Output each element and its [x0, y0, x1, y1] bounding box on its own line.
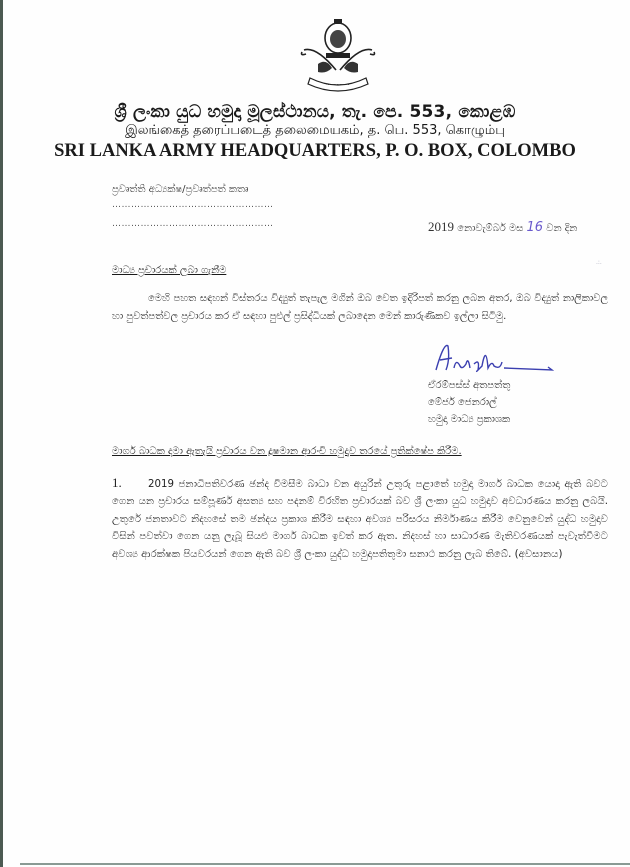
addressee-title: ප්‍රවෘත්ති අධ්‍යක්ෂ/ප්‍රවෘත්පත් කතෘ — [112, 184, 248, 195]
scan-mark: .:. — [596, 259, 602, 266]
section2-text: 2019 ජනාධිපතිවරණ ඡන්ද විමසීම බාධා වන අයු… — [112, 479, 608, 560]
signature-mark — [430, 340, 560, 380]
svg-text:~~~~~~~: ~~~~~~~ — [326, 82, 349, 87]
letterhead-tamil: இலங்கைத் தரைப்படைத் தலைமையகம், த. பெ. 55… — [0, 123, 630, 139]
date-month: නොවැම්බර් මස — [457, 223, 523, 234]
signer-name: ඒරම්පස්ස් අතපත්තු — [428, 380, 510, 391]
letterhead-sinhala: ශ්‍රී ලංකා යුධ හමුදා මූලස්ථානය, තැ. පෙ. … — [0, 102, 630, 122]
letterhead-english: SRI LANKA ARMY HEADQUARTERS, P. O. BOX, … — [0, 141, 630, 162]
section2-body: 1.2019 ජනාධිපතිවරණ ඡන්ද විමසීම බාධා වන අ… — [112, 474, 608, 563]
scan-bottom-edge — [20, 863, 630, 865]
letter-date: 2019 නොවැම්බර් මස 16 වන දින — [428, 219, 577, 235]
letter-page: ~~~~~~~ ශ්‍රී ලංකා යුධ හමුදා මූලස්ථානය, … — [0, 0, 630, 867]
date-day-handwritten: 16 — [527, 220, 544, 235]
signer-title: හමුදා මාධ්‍ය ප්‍රකාශක — [428, 414, 510, 425]
section1-body: මෙහි පහත සඳහන් විස්තරය විද්‍යුත් තැපැල ම… — [112, 290, 608, 326]
addressee-dotted-line: …………………………………………… — [112, 200, 274, 210]
date-suffix: වන දින — [546, 223, 577, 234]
army-crest-icon: ~~~~~~~ — [296, 12, 380, 94]
paragraph-number: 1. — [112, 474, 148, 491]
addressee-dotted-line: …………………………………………… — [112, 219, 274, 229]
section1-subject: මාධ්‍ය ප්‍රචාරයක් ලබා ගැනීම — [112, 265, 226, 276]
section2-subject: මාර්ග බාධක දමා ඇතැයි ප්‍රචාරය වන දූෂමාන … — [112, 446, 462, 457]
date-year: 2019 — [428, 219, 454, 234]
signer-rank: මේජර් ජෙනරාල් — [428, 397, 497, 408]
